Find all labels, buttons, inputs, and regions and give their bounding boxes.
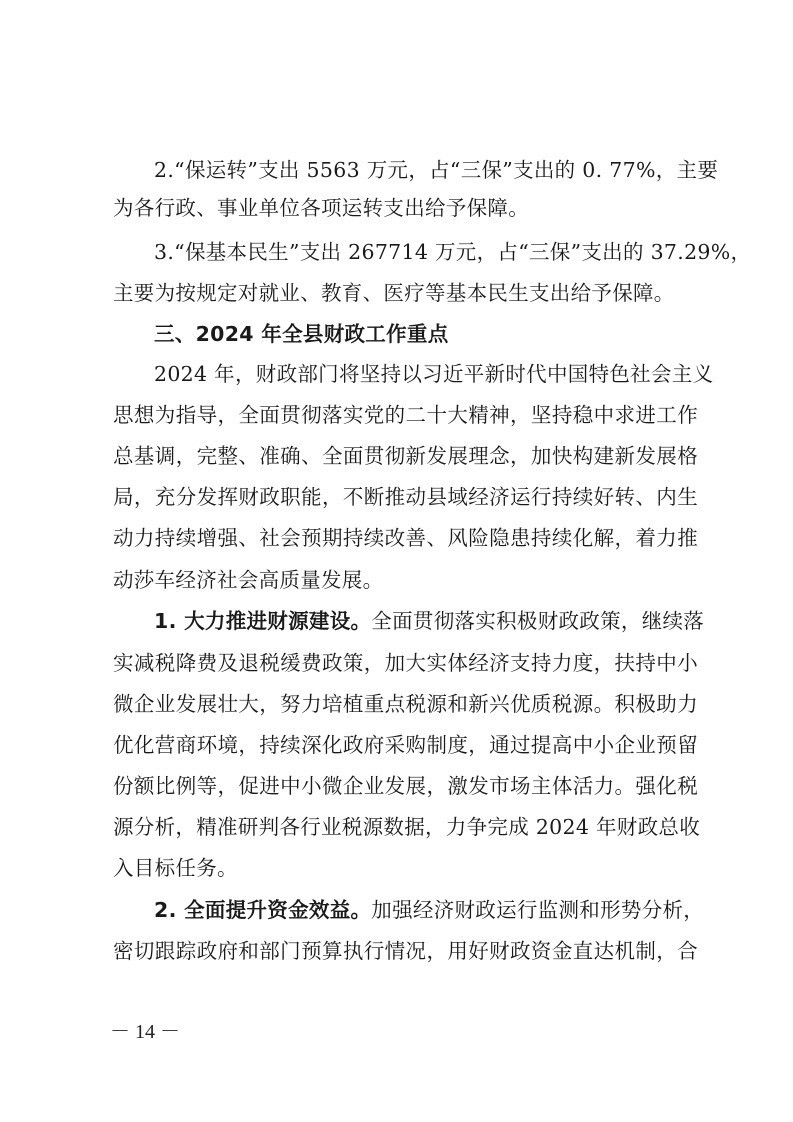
paragraph-line: 2024 年，财政部门将坚持以习近平新时代中国特色社会主义 (154, 360, 698, 388)
document-page: 2.“保运转”支出 5563 万元，占“三保”支出的 0. 77%，主要 为各行… (0, 0, 793, 1122)
paragraph-line: 2. 全面提升资金效益。加强经济财政运行监测和形势分析， (154, 896, 698, 924)
paragraph-line: 1. 大力推进财源建设。全面贯彻落实积极财政政策，继续落 (154, 607, 698, 635)
paragraph-line: 3.“保基本民生”支出 267714 万元，占“三保”支出的 37.29%， (154, 238, 698, 266)
section-heading: 三、2024 年全县财政工作重点 (154, 320, 698, 348)
paragraph-line: 源分析，精准研判各行业税源数据，力争完成 2024 年财政总收 (113, 813, 698, 841)
paragraph-line: 实减税降费及退税缓费政策，加大实体经济支持力度，扶持中小 (113, 649, 698, 677)
paragraph-line: 2.“保运转”支出 5563 万元，占“三保”支出的 0. 77%，主要 (154, 156, 698, 184)
paragraph-line: 为各行政、事业单位各项运转支出给予保障。 (113, 194, 698, 222)
paragraph-line: 密切跟踪政府和部门预算执行情况，用好财政资金直达机制，合 (113, 937, 698, 965)
paragraph-lead-bold: 2. 全面提升资金效益。 (154, 898, 371, 922)
paragraph-line: 思想为指导，全面贯彻落实党的二十大精神，坚持稳中求进工作 (113, 401, 698, 429)
paragraph-lead-bold: 1. 大力推进财源建设。 (154, 609, 371, 633)
paragraph-line: 局，充分发挥财政职能，不断推动县域经济运行持续好转、内生 (113, 483, 698, 511)
paragraph-line: 微企业发展壮大，努力培植重点税源和新兴优质税源。积极助力 (113, 690, 698, 718)
paragraph-line: 动力持续增强、社会预期持续改善、风险隐患持续化解，着力推 (113, 524, 698, 552)
page-number: － 14 － (110, 1018, 180, 1046)
paragraph-text: 加强经济财政运行监测和形势分析， (371, 898, 704, 922)
paragraph-line: 份额比例等，促进中小微企业发展，激发市场主体活力。强化税 (113, 772, 698, 800)
paragraph-line: 入目标任务。 (113, 854, 698, 882)
paragraph-line: 主要为按规定对就业、教育、医疗等基本民生支出给予保障。 (113, 279, 698, 307)
paragraph-line: 总基调，完整、准确、全面贯彻新发展理念，加快构建新发展格 (113, 442, 698, 470)
paragraph-text: 全面贯彻落实积极财政政策，继续落 (371, 609, 704, 633)
paragraph-line: 优化营商环境，持续深化政府采购制度，通过提高中小企业预留 (113, 731, 698, 759)
paragraph-line: 动莎车经济社会高质量发展。 (113, 566, 698, 594)
